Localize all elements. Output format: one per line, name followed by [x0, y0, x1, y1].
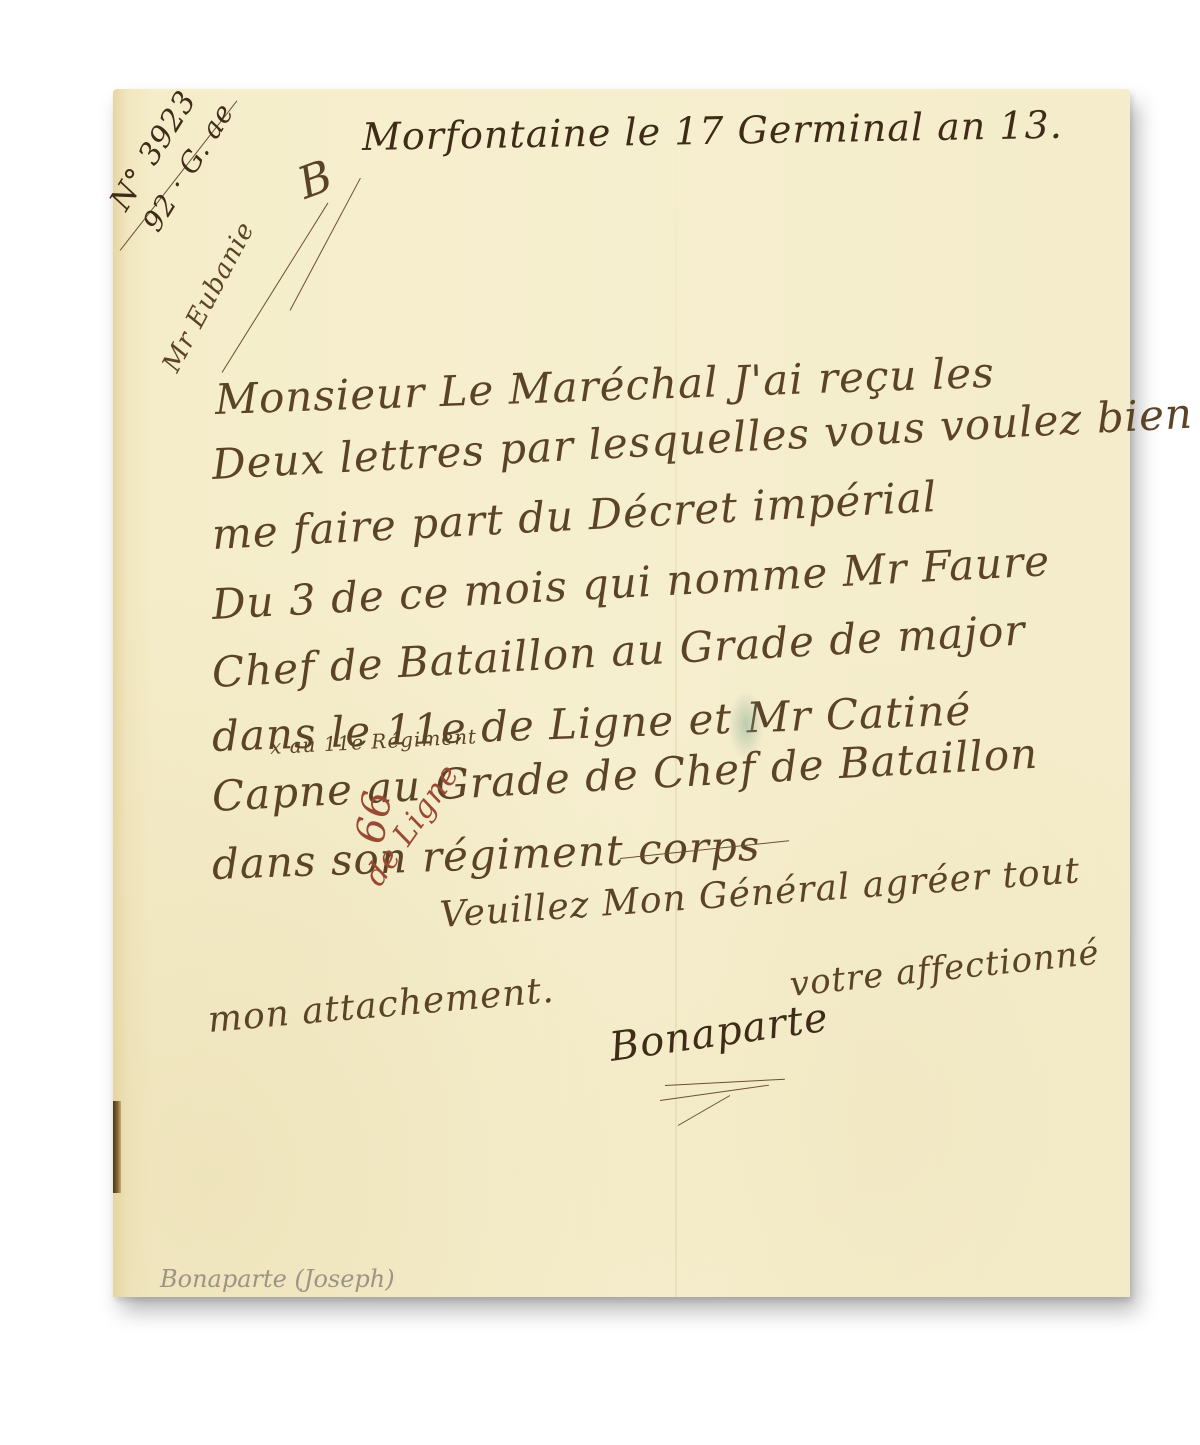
pencil-catalogue-note: Bonaparte (Joseph)	[160, 1265, 395, 1293]
binding-edge	[113, 1101, 121, 1193]
